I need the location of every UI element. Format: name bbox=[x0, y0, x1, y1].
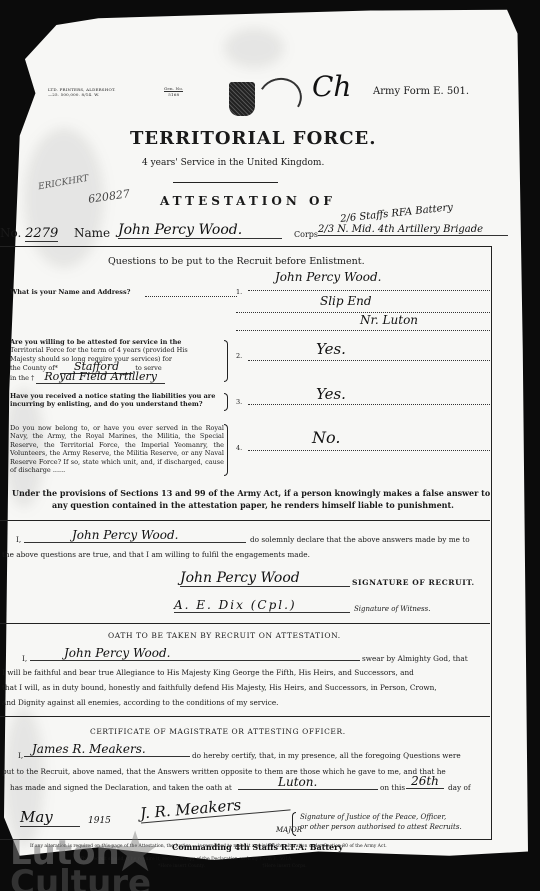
name-label: Name bbox=[74, 226, 110, 240]
witness-signature: A. E. Dix (Cpl.) bbox=[174, 598, 350, 613]
recruit-name: John Percy Wood. bbox=[118, 222, 282, 239]
footnote-county: *Here insert County. bbox=[158, 864, 205, 870]
answer-3: Yes. bbox=[316, 385, 346, 403]
answer-line bbox=[248, 450, 490, 451]
declaration-prefix: I, bbox=[16, 533, 21, 546]
recruit-signature-label: SIGNATURE OF RECRUIT. bbox=[352, 578, 475, 587]
answer-1-line-3: Nr. Luton bbox=[360, 313, 418, 327]
title-rule bbox=[173, 182, 278, 183]
question-4-number: 4. bbox=[236, 444, 242, 452]
section-rule bbox=[0, 623, 490, 624]
answer-1-line-1: John Percy Wood. bbox=[275, 270, 381, 284]
answer-line bbox=[248, 360, 490, 361]
on-this-label: on this bbox=[380, 781, 405, 794]
question-1-text: What is your Name and Address? bbox=[10, 288, 130, 296]
warning-line-2: any question contained in the attestatio… bbox=[52, 500, 454, 510]
attestation-heading: ATTESTATION OF bbox=[160, 194, 336, 208]
question-brace bbox=[224, 424, 228, 476]
corps-value-line2: 2/3 N. Mid. 4th Artillery Brigade bbox=[318, 224, 508, 236]
star-logo-icon: ★ bbox=[110, 820, 160, 885]
royal-crest-icon bbox=[229, 82, 255, 116]
certificate-prefix: I, bbox=[18, 749, 23, 762]
answer-line bbox=[248, 290, 490, 291]
answer-1-line-2: Slip End bbox=[320, 294, 372, 308]
day-of-label: day of bbox=[448, 781, 471, 794]
oath-text-line1: swear by Almighty God, that bbox=[362, 652, 468, 665]
questions-heading: Questions to be put to the Recruit befor… bbox=[108, 256, 365, 267]
question-brace bbox=[224, 340, 228, 382]
oath-text-line4: and Dignity against all enemies, accordi… bbox=[2, 696, 278, 709]
leader-dots bbox=[145, 296, 237, 297]
declaration-name: John Percy Wood. bbox=[24, 528, 246, 543]
corps-label: Corps bbox=[294, 230, 318, 239]
printer-line-2: —25. 500,000. 8/14. W. bbox=[48, 92, 116, 97]
corps-service-value: Royal Field Artillery bbox=[36, 370, 165, 384]
certificate-heading: CERTIFICATE OF MAGISTRATE OR ATTESTING O… bbox=[90, 727, 346, 736]
witness-signature-label: Signature of Witness. bbox=[354, 605, 430, 613]
document-title: TERRITORIAL FORCE. bbox=[130, 128, 377, 149]
oath-text-line3: that I will, as in duty bound, honestly … bbox=[2, 681, 437, 694]
attestation-day: 26th bbox=[406, 774, 444, 789]
section-rule bbox=[0, 716, 490, 717]
warning-line-1: Under the provisions of Sections 13 and … bbox=[12, 488, 490, 498]
question-4-text: Do you now belong to, or have you ever s… bbox=[10, 424, 224, 474]
attestation-month: May bbox=[20, 808, 80, 827]
certificate-text-line2: put to the Recruit, above named, that th… bbox=[2, 765, 446, 778]
attestation-place: Luton. bbox=[238, 775, 378, 790]
recruit-number: 2279 bbox=[25, 226, 58, 242]
officer-signature-label: Signature of Justice of the Peace, Offic… bbox=[300, 812, 462, 832]
question-3-text: Have you received a notice stating the l… bbox=[10, 392, 222, 409]
question-3-number: 3. bbox=[236, 398, 242, 406]
section-rule bbox=[0, 520, 490, 521]
oath-name: John Percy Wood. bbox=[30, 646, 360, 661]
question-brace bbox=[224, 393, 228, 411]
oath-text-line2: I will be faithful and bear true Allegia… bbox=[2, 666, 414, 679]
declaration-text-line2: the above questions are true, and that I… bbox=[2, 548, 310, 561]
gen-number: Gen. No. 5168 bbox=[164, 86, 183, 97]
signature-brace bbox=[292, 812, 296, 836]
printer-imprint: LTD. PRINTERS, ALDERSHOT. —25. 500,000. … bbox=[48, 87, 116, 97]
officer-name: James R. Meakers. bbox=[24, 742, 190, 757]
question-2-text: Are you willing to be attested for servi… bbox=[10, 338, 222, 382]
answer-2: Yes. bbox=[316, 340, 346, 358]
question-2-number: 2. bbox=[236, 352, 242, 360]
initials-annotation: Ch bbox=[312, 70, 351, 103]
question-1-number: 1. bbox=[236, 288, 242, 296]
oath-heading: OATH TO BE TAKEN BY RECRUIT ON ATTESTATI… bbox=[108, 631, 341, 640]
declaration-text-line1: do solemnly declare that the above answe… bbox=[250, 533, 470, 546]
certificate-text-line1: do hereby certify, that, in my presence,… bbox=[192, 749, 461, 762]
recruit-number-row: No. 2279 bbox=[0, 226, 58, 241]
certificate-text-line3: has made and signed the Declaration, and… bbox=[10, 781, 232, 794]
oath-prefix: I, bbox=[22, 652, 27, 665]
document-subtitle: 4 years' Service in the United Kingdom. bbox=[142, 158, 324, 168]
recruit-signature: John Percy Wood bbox=[180, 570, 350, 587]
army-form-number: Army Form E. 501. bbox=[373, 86, 469, 97]
footnote-corps: †Here insert Corps. bbox=[262, 864, 307, 870]
attestation-year: 1915 bbox=[88, 816, 111, 826]
officer-rank: MAJOR bbox=[276, 826, 302, 834]
answer-4: No. bbox=[312, 428, 340, 447]
answer-line bbox=[236, 330, 490, 331]
answer-line bbox=[248, 404, 490, 405]
